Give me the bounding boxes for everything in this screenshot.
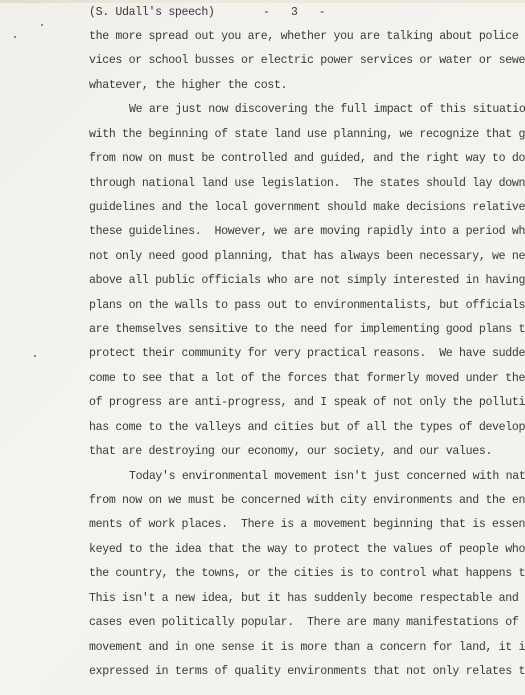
text-line: above all public officials who are not s… [89, 274, 525, 288]
paragraph-first-line: We are just now discovering the full imp… [129, 103, 525, 117]
paper-speck [14, 36, 16, 38]
text-line: has come to the valleys and cities but o… [89, 421, 525, 435]
text-line: keyed to the idea that the way to protec… [89, 543, 525, 557]
text-line: plans on the walls to pass out to enviro… [89, 299, 525, 313]
paper-speck [34, 355, 36, 357]
text-line: ments of work places. There is a movemen… [89, 518, 525, 532]
text-line: This isn't a new idea, but it has sudden… [89, 592, 525, 606]
page-top-edge [0, 0, 525, 3]
text-line: protect their community for very practic… [89, 347, 525, 361]
text-line: that are destroying our economy, our soc… [89, 445, 492, 459]
text-line: from now on must be controlled and guide… [89, 152, 525, 166]
paragraph-first-line: Today's environmental movement isn't jus… [129, 470, 525, 484]
text-line: these guidelines. However, we are moving… [89, 225, 525, 239]
text-line: the more spread out you are, whether you… [89, 30, 525, 44]
text-line: guidelines and the local government shou… [89, 201, 525, 215]
text-line: expressed in terms of quality environmen… [89, 665, 525, 679]
text-line: cases even politically popular. There ar… [89, 616, 525, 630]
page-number: - 3 - [263, 6, 326, 20]
paper-speck [41, 24, 43, 26]
text-line: with the beginning of state land use pla… [89, 128, 525, 142]
text-line: whatever, the higher the cost. [89, 79, 287, 93]
text-line: vices or school busses or electric power… [89, 54, 525, 68]
text-line: from now on we must be concerned with ci… [89, 494, 525, 508]
text-line: are themselves sensitive to the need for… [89, 323, 525, 337]
page-header: (S. Udall's speech) [89, 6, 215, 20]
text-line: not only need good planning, that has al… [89, 250, 525, 264]
text-line: come to see that a lot of the forces tha… [89, 372, 525, 386]
text-line: of progress are anti-progress, and I spe… [89, 396, 525, 410]
text-line: through national land use legislation. T… [89, 177, 525, 191]
text-line: movement and in one sense it is more tha… [89, 641, 525, 655]
text-line: the country, the towns, or the cities is… [89, 567, 525, 581]
typewritten-page: (S. Udall's speech) - 3 - the more sprea… [0, 0, 525, 695]
